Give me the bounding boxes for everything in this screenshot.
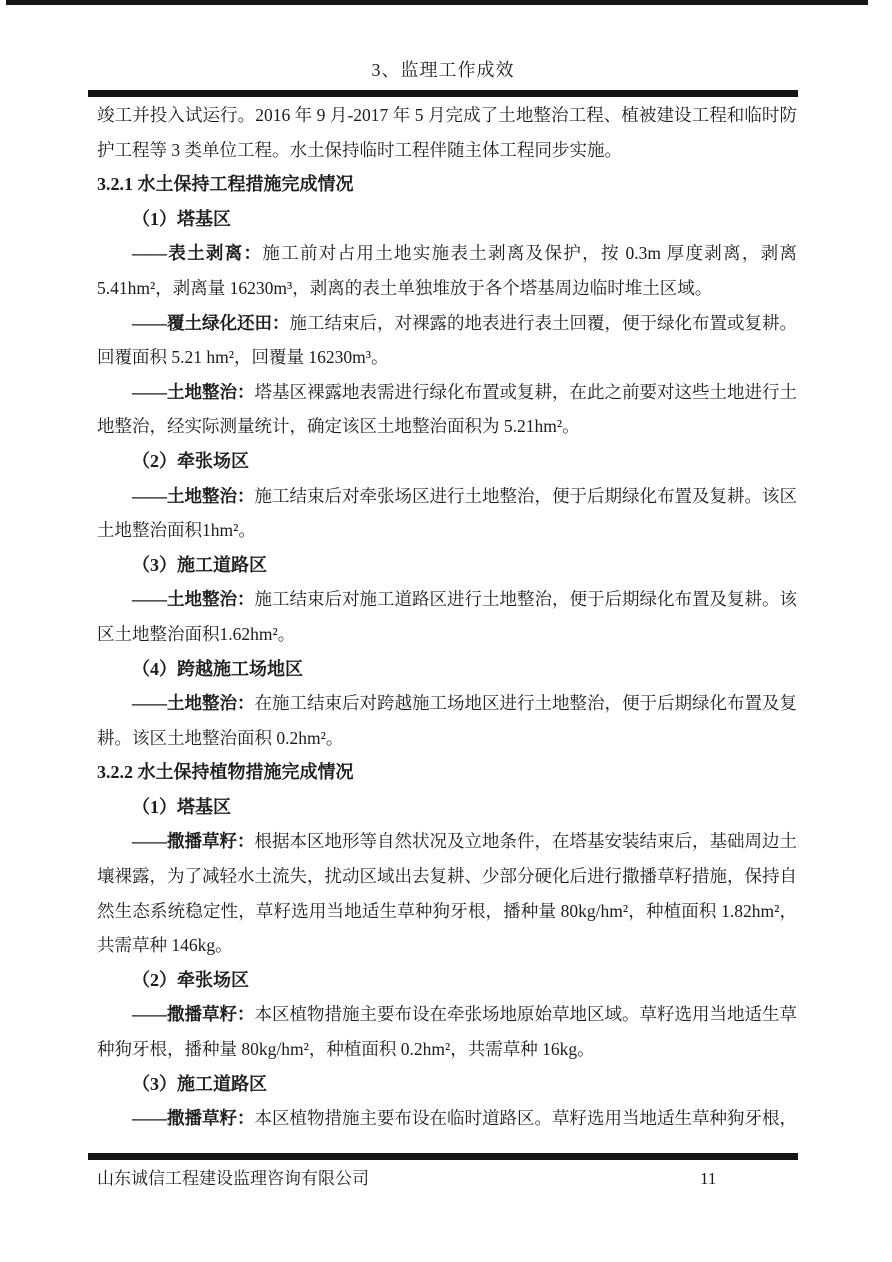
paragraph-lead: ——土地整治： [132, 589, 255, 609]
paragraph-lead: ——土地整治： [132, 486, 255, 506]
subheading-construction-road-2: （3）施工道路区 [97, 1067, 797, 1102]
paragraph-seeding-road: ——撒播草籽：本区植物措施主要布设在临时道路区。草籽选用当地适生草种狗牙根， [97, 1101, 797, 1136]
subheading-tower-base: （1）塔基区 [97, 202, 797, 237]
document-page: 3、监理工作成效 竣工并投入试运行。2016 年 9 月-2017 年 5 月完… [0, 0, 892, 1262]
footer-row: 山东诚信工程建设监理咨询有限公司 11 [88, 1160, 798, 1192]
section-heading-322: 3.2.2 水土保持植物措施完成情况 [97, 755, 797, 790]
subheading-crossing-site: （4）跨越施工场地区 [97, 652, 797, 687]
paragraph-land-regulation-tower: ——土地整治：塔基区裸露地表需进行绿化布置或复耕，在此之前要对这些土地进行土地整… [97, 375, 797, 444]
paragraph-land-regulation-road: ——土地整治：施工结束后对施工道路区进行土地整治，便于后期绿化布置及复耕。该区土… [97, 582, 797, 651]
intro-paragraph: 竣工并投入试运行。2016 年 9 月-2017 年 5 月完成了土地整治工程、… [97, 98, 797, 167]
paragraph-seeding-tower: ——撒播草籽：根据本区地形等自然状况及立地条件，在塔基安装结束后，基础周边土壤裸… [97, 824, 797, 962]
header-rule [88, 90, 798, 97]
paragraph-lead: ——土地整治： [132, 382, 255, 402]
paragraph-lead: ——撒播草籽： [132, 1108, 255, 1128]
scan-edge-artifact [6, 0, 868, 5]
document-body: 竣工并投入试运行。2016 年 9 月-2017 年 5 月完成了土地整治工程、… [97, 98, 797, 1136]
page-footer: 山东诚信工程建设监理咨询有限公司 11 [88, 1153, 798, 1192]
footer-company-name: 山东诚信工程建设监理咨询有限公司 [97, 1169, 369, 1188]
subheading-tower-base-2: （1）塔基区 [97, 790, 797, 825]
paragraph-lead: ——撒播草籽： [132, 1004, 255, 1024]
paragraph-seeding-tension: ——撒播草籽：本区植物措施主要布设在牵张场地原始草地区域。草籽选用当地适生草种狗… [97, 997, 797, 1066]
subheading-tension-field: （2）牵张场区 [97, 444, 797, 479]
subheading-tension-field-2: （2）牵张场区 [97, 963, 797, 998]
paragraph-text: 本区植物措施主要布设在临时道路区。草籽选用当地适生草种狗牙根， [255, 1108, 798, 1128]
paragraph-land-regulation-crossing: ——土地整治：在施工结束后对跨越施工场地区进行土地整治，便于后期绿化布置及复耕。… [97, 686, 797, 755]
page-header: 3、监理工作成效 [88, 56, 798, 97]
footer-page-number: 11 [700, 1166, 716, 1192]
paragraph-lead: ——土地整治： [132, 693, 255, 713]
section-heading-321: 3.2.1 水土保持工程措施完成情况 [97, 167, 797, 202]
paragraph-lead: ——表土剥离： [132, 243, 262, 263]
paragraph-soil-cover-greening: ——覆土绿化还田：施工结束后，对裸露的地表进行表土回覆，便于绿化布置或复耕。回覆… [97, 306, 797, 375]
footer-rule [88, 1153, 798, 1160]
paragraph-lead: ——撒播草籽： [132, 831, 255, 851]
header-title: 3、监理工作成效 [88, 56, 798, 84]
paragraph-lead: ——覆土绿化还田： [132, 313, 290, 333]
paragraph-land-regulation-tension: ——土地整治：施工结束后对牵张场区进行土地整治，便于后期绿化布置及复耕。该区土地… [97, 479, 797, 548]
paragraph-topsoil-stripping: ——表土剥离：施工前对占用土地实施表土剥离及保护，按 0.3m 厚度剥离，剥离 … [97, 236, 797, 305]
subheading-construction-road: （3）施工道路区 [97, 548, 797, 583]
